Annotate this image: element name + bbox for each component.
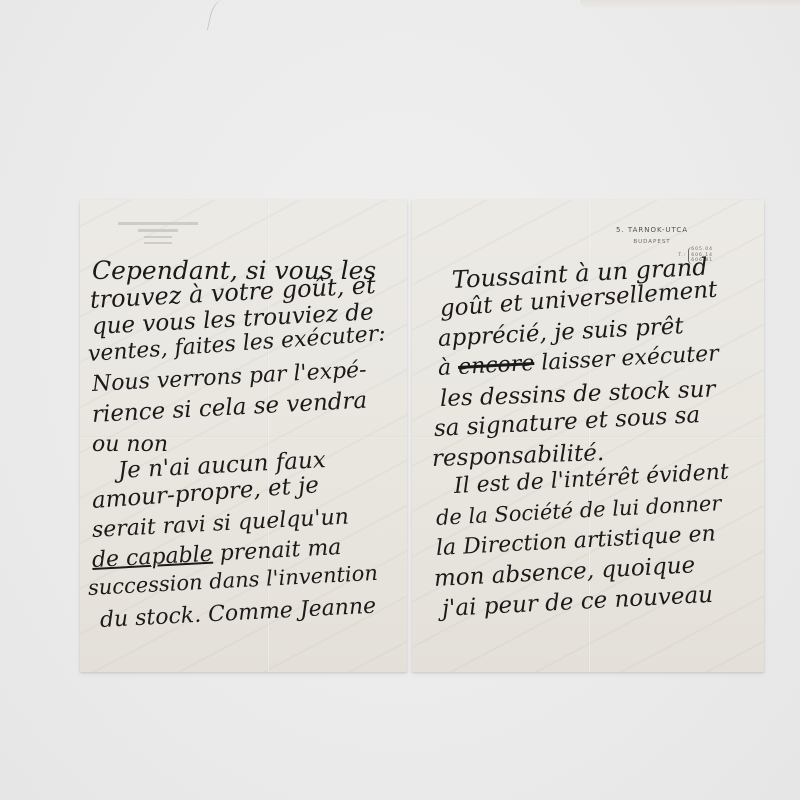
letterhead-street: 5. TARNOK-UTCA bbox=[587, 226, 717, 234]
object-edge-shadow bbox=[580, 0, 800, 8]
handwritten-line: du stock. Comme Jeanne bbox=[99, 594, 376, 633]
letter-sheet-right: 5. TARNOK-UTCA BUDAPEST T.: 605.04 606.1… bbox=[412, 200, 764, 672]
struck-out-word: encore bbox=[457, 351, 535, 380]
phone-number: 605.04 bbox=[691, 247, 713, 253]
handwritten-text: prenait ma bbox=[219, 535, 342, 566]
letter-sheet-left: Cependant, si vous les trouvez à votre g… bbox=[80, 200, 407, 672]
handwritten-text: à bbox=[437, 355, 451, 381]
handwritten-line: ou non bbox=[92, 432, 168, 457]
stray-hair bbox=[207, 0, 228, 33]
letterhead-faded bbox=[108, 218, 208, 248]
underlined-phrase: de capable bbox=[91, 542, 213, 573]
handwritten-text: laisser exécuter bbox=[541, 341, 720, 375]
letterhead-city: BUDAPEST bbox=[587, 239, 717, 245]
